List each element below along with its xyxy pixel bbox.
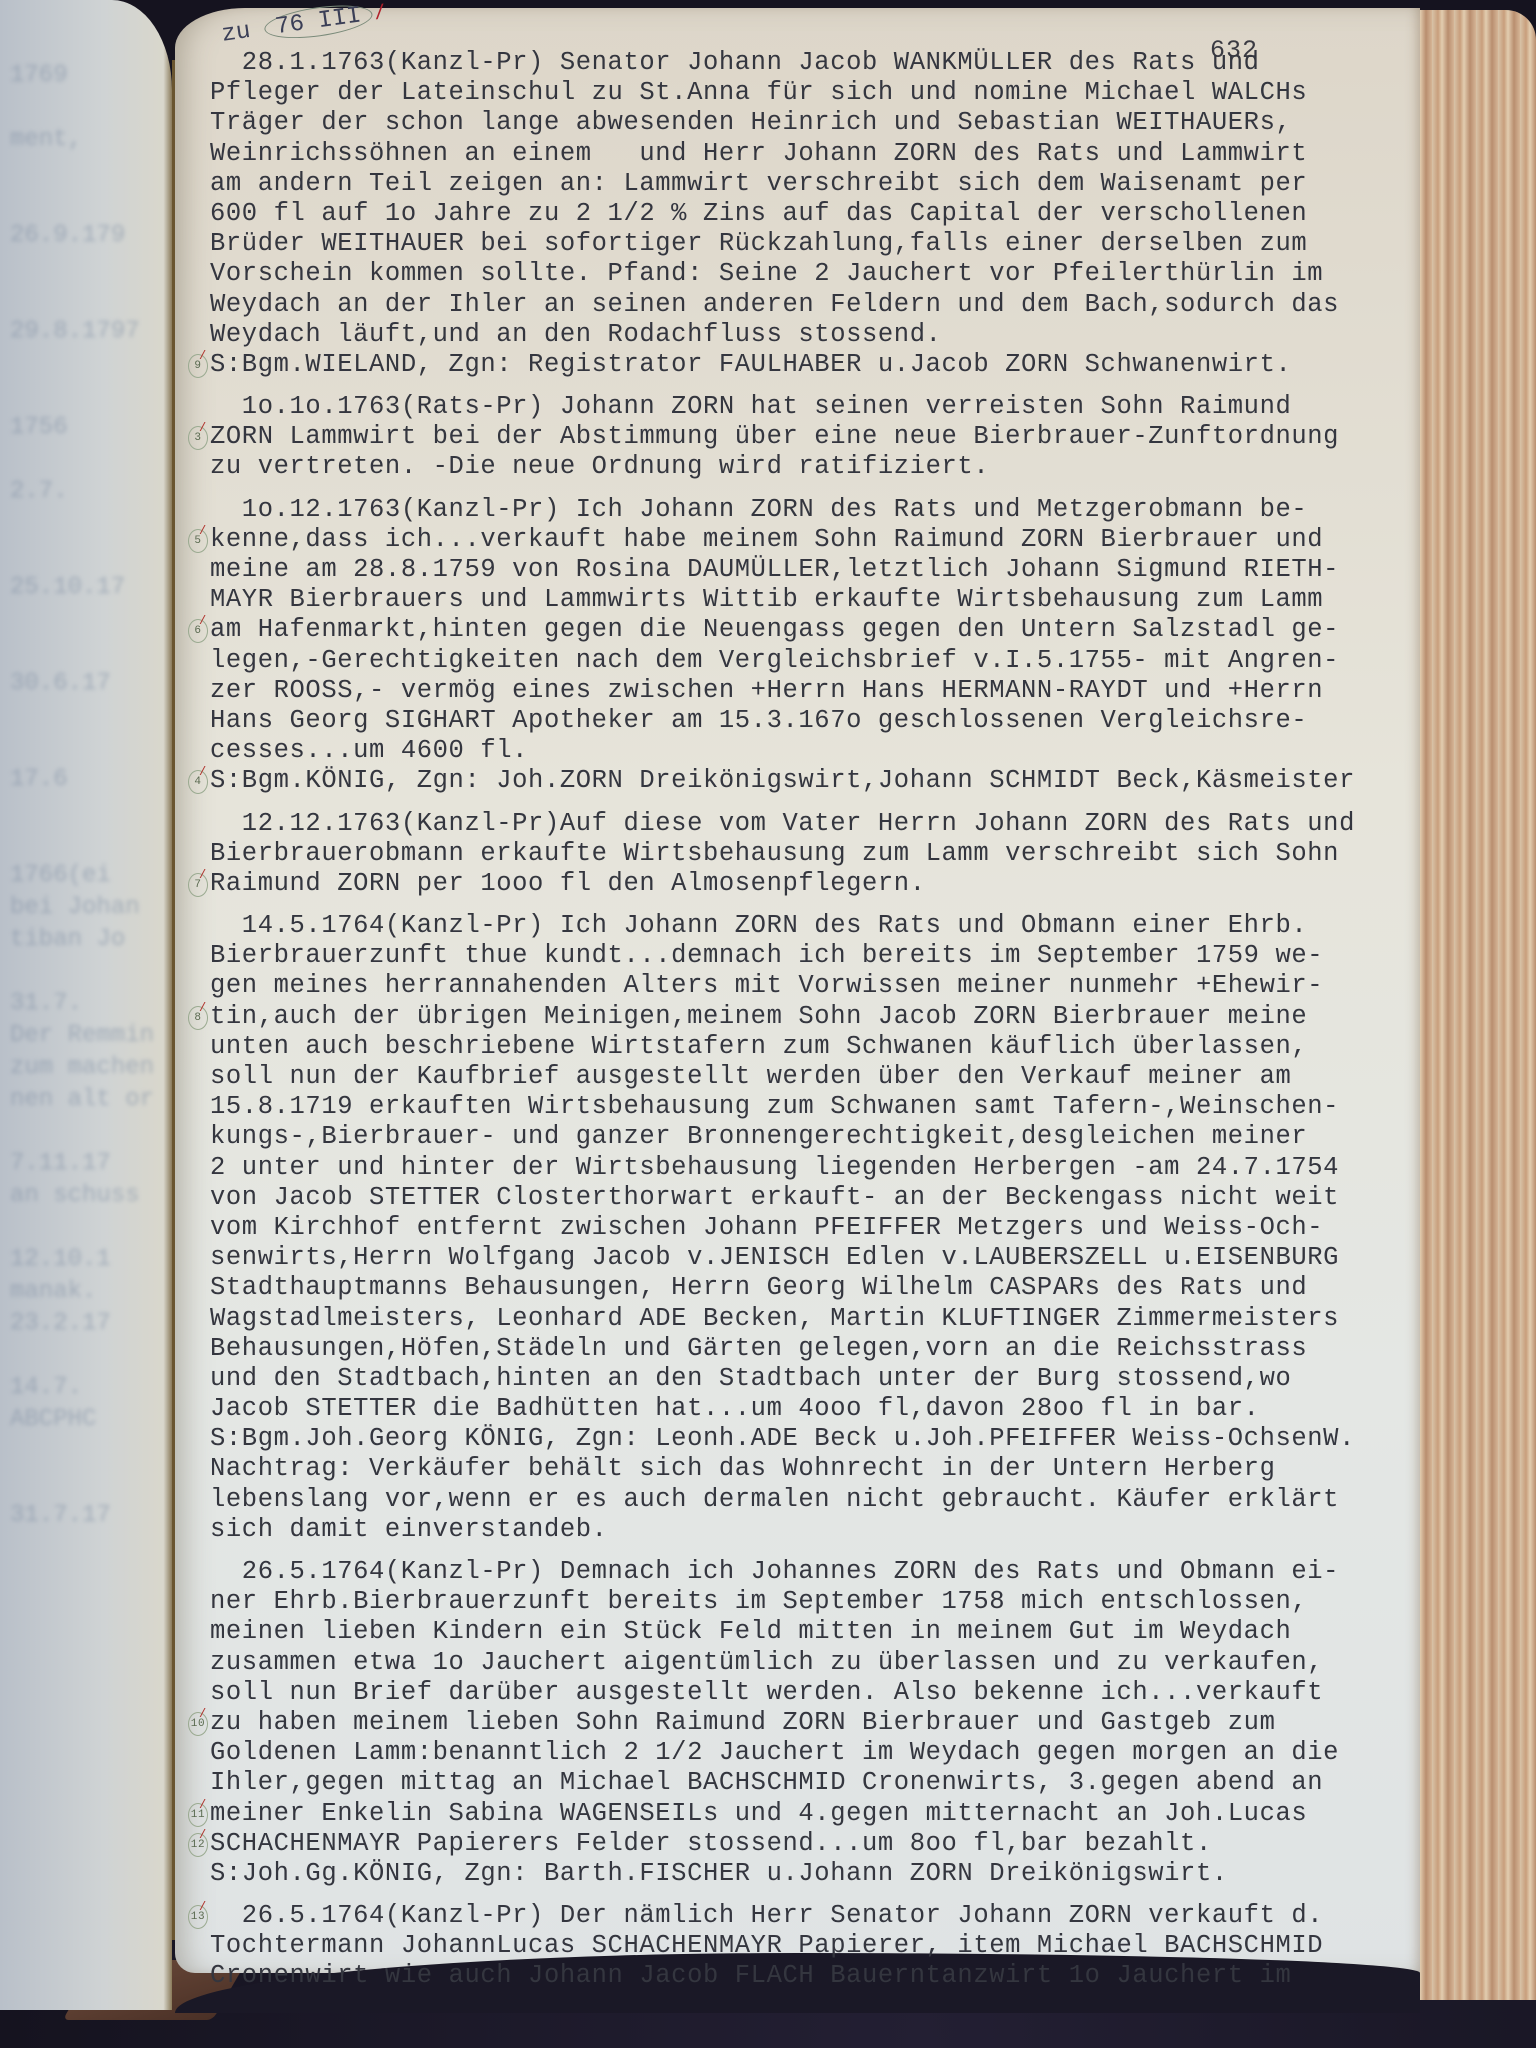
line-text: Wagstadlmeisters, Leonhard ADE Becken, M… xyxy=(210,1304,1339,1333)
text-line: 1o.12.1763(Kanzl-Pr) Ich Johann ZORN des… xyxy=(210,495,1410,525)
text-line: Vorschein kommen sollte. Pfand: Seine 2 … xyxy=(210,259,1410,289)
line-text: meinen lieben Kindern ein Stück Feld mit… xyxy=(210,1617,1291,1646)
line-text: vom Kirchhof entfernt zwischen Johann PF… xyxy=(210,1213,1323,1242)
text-line: Wagstadlmeisters, Leonhard ADE Becken, M… xyxy=(210,1304,1410,1334)
line-text: S:Bgm.KÖNIG, Zgn: Joh.ZORN Dreikönigswir… xyxy=(210,766,1355,795)
text-line: 28.1.1763(Kanzl-Pr) Senator Johann Jacob… xyxy=(210,48,1410,78)
line-text: Ihler,gegen mittag an Michael BACHSCHMID… xyxy=(210,1768,1323,1797)
line-text: senwirts,Herrn Wolfgang Jacob v.JENISCH … xyxy=(210,1243,1339,1272)
text-line: legen,-Gerechtigkeiten nach dem Vergleic… xyxy=(210,646,1410,676)
text-line: kungs-,Bierbrauer- und ganzer Bronnenger… xyxy=(210,1122,1410,1152)
line-text: Weydach an der Ihler an seinen anderen F… xyxy=(210,290,1339,319)
line-text: 2 unter und hinter der Wirtsbehausung li… xyxy=(210,1153,1339,1182)
text-line: Nachtrag: Verkäufer behält sich das Wohn… xyxy=(210,1454,1410,1484)
line-text: zu haben meinem lieben Sohn Raimund ZORN… xyxy=(210,1708,1275,1737)
line-text: meine am 28.8.1759 von Rosina DAUMÜLLER,… xyxy=(210,555,1339,584)
line-text: am andern Teil zeigen an: Lammwirt versc… xyxy=(210,169,1307,198)
text-line: 26.5.1764(Kanzl-Pr) Demnach ich Johannes… xyxy=(210,1557,1410,1587)
line-text: Weinrichssöhnen an einem und Herr Johann… xyxy=(210,139,1307,168)
text-line: und den Stadtbach,hinten an den Stadtbac… xyxy=(210,1364,1410,1394)
left-page-bleed-text: 1769 ment, 26.9.179 29.8.1797 1756 2.7. … xyxy=(10,60,150,1532)
paragraph-gap xyxy=(210,483,1410,495)
line-text: cesses...um 4600 fl. xyxy=(210,736,528,765)
line-text: zer ROOSS,- vermög eines zwischen +Herrn… xyxy=(210,676,1323,705)
line-text: S:Bgm.Joh.Georg KÖNIG, Zgn: Leonh.ADE Be… xyxy=(210,1424,1355,1453)
line-text: soll nun Brief darüber ausgestellt werde… xyxy=(210,1678,1323,1707)
line-text: Raimund ZORN per 1ooo fl den Almosenpfle… xyxy=(210,869,926,898)
paragraph-gap xyxy=(210,1545,1410,1557)
line-text: zu vertreten. -Die neue Ordnung wird rat… xyxy=(210,452,989,481)
text-line: Weydach an der Ihler an seinen anderen F… xyxy=(210,290,1410,320)
line-text: gen meines herrannahenden Alters mit Vor… xyxy=(210,971,1323,1000)
text-line: Cronenwirt wie auch Johann Jacob FLACH B… xyxy=(210,1961,1410,1991)
text-line: meiner Enkelin Sabina WAGENSEILs und 4.g… xyxy=(210,1799,1410,1829)
text-line: MAYR Bierbrauers und Lammwirts Wittib er… xyxy=(210,585,1410,615)
text-line: 15.8.1719 erkauften Wirtsbehausung zum S… xyxy=(210,1092,1410,1122)
line-text: Nachtrag: Verkäufer behält sich das Wohn… xyxy=(210,1454,1275,1483)
line-text: 26.5.1764(Kanzl-Pr) Demnach ich Johannes… xyxy=(210,1557,1339,1586)
text-line: cesses...um 4600 fl. xyxy=(210,736,1410,766)
line-text: Stadthauptmanns Behausungen, Herrn Georg… xyxy=(210,1273,1307,1302)
margin-annotation-icon: 12/ xyxy=(188,1833,208,1857)
text-line: sich damit einverstandeb. xyxy=(210,1515,1410,1545)
margin-annotation-icon: 5/ xyxy=(188,529,208,553)
line-text: ner Ehrb.Bierbrauerzunft bereits im Sept… xyxy=(210,1587,1307,1616)
text-line: zu vertreten. -Die neue Ordnung wird rat… xyxy=(210,452,1410,482)
line-text: Vorschein kommen sollte. Pfand: Seine 2 … xyxy=(210,259,1323,288)
line-text: Brüder WEITHAUER bei sofortiger Rückzahl… xyxy=(210,229,1307,258)
line-text: soll nun der Kaufbrief ausgestellt werde… xyxy=(210,1062,1291,1091)
text-line: lebenslang vor,wenn er es auch dermalen … xyxy=(210,1485,1410,1515)
line-text: von Jacob STETTER Closterthorwart erkauf… xyxy=(210,1183,1339,1212)
line-text: kenne,dass ich...verkauft habe meinem So… xyxy=(210,525,1323,554)
text-line: Brüder WEITHAUER bei sofortiger Rückzahl… xyxy=(210,229,1410,259)
text-line: unten auch beschriebene Wirtstafern zum … xyxy=(210,1032,1410,1062)
text-line: senwirts,Herrn Wolfgang Jacob v.JENISCH … xyxy=(210,1243,1410,1273)
line-text: lebenslang vor,wenn er es auch dermalen … xyxy=(210,1485,1339,1514)
text-line: Tochtermann JohannLucas SCHACHENMAYR Pap… xyxy=(210,1931,1410,1961)
text-line: S:Joh.Gg.KÖNIG, Zgn: Barth.FISCHER u.Joh… xyxy=(210,1859,1410,1889)
text-line: kenne,dass ich...verkauft habe meinem So… xyxy=(210,525,1410,555)
margin-annotation-icon: 13/ xyxy=(188,1905,208,1929)
line-text: Hans Georg SIGHART Apotheker am 15.3.167… xyxy=(210,706,1307,735)
line-text: meiner Enkelin Sabina WAGENSEILs und 4.g… xyxy=(210,1799,1307,1828)
text-line: Stadthauptmanns Behausungen, Herrn Georg… xyxy=(210,1273,1410,1303)
text-line: Pfleger der Lateinschul zu St.Anna für s… xyxy=(210,78,1410,108)
line-text: MAYR Bierbrauers und Lammwirts Wittib er… xyxy=(210,585,1323,614)
text-line: Goldenen Lamm:benanntlich 2 1/2 Jauchert… xyxy=(210,1738,1410,1768)
text-line: ZORN Lammwirt bei der Abstimmung über ei… xyxy=(210,422,1410,452)
text-line: Hans Georg SIGHART Apotheker am 15.3.167… xyxy=(210,706,1410,736)
text-line: 2 unter und hinter der Wirtsbehausung li… xyxy=(210,1153,1410,1183)
text-line: 12.12.1763(Kanzl-Pr)Auf diese vom Vater … xyxy=(210,809,1410,839)
line-text: am Hafenmarkt,hinten gegen die Neuengass… xyxy=(210,615,1339,644)
text-line: gen meines herrannahenden Alters mit Vor… xyxy=(210,971,1410,1001)
reference-prefix: zu xyxy=(220,18,252,49)
text-line: 1o.1o.1763(Rats-Pr) Johann ZORN hat sein… xyxy=(210,392,1410,422)
paragraph-gap xyxy=(210,797,1410,809)
text-line: Bierbrauerobmann erkaufte Wirtsbehausung… xyxy=(210,839,1410,869)
paragraph-gap xyxy=(210,899,1410,911)
line-text: 600 fl auf 1o Jahre zu 2 1/2 % Zins auf … xyxy=(210,199,1307,228)
paragraph-gap xyxy=(210,380,1410,392)
line-text: Bierbrauerobmann erkaufte Wirtsbehausung… xyxy=(210,839,1339,868)
text-line: von Jacob STETTER Closterthorwart erkauf… xyxy=(210,1183,1410,1213)
text-line: am Hafenmarkt,hinten gegen die Neuengass… xyxy=(210,615,1410,645)
line-text: unten auch beschriebene Wirtstafern zum … xyxy=(210,1032,1307,1061)
text-line: zu haben meinem lieben Sohn Raimund ZORN… xyxy=(210,1708,1410,1738)
line-text: 28.1.1763(Kanzl-Pr) Senator Johann Jacob… xyxy=(210,48,1260,77)
text-line: Weinrichssöhnen an einem und Herr Johann… xyxy=(210,139,1410,169)
margin-annotation-icon: 7/ xyxy=(188,873,208,897)
typewritten-text: 28.1.1763(Kanzl-Pr) Senator Johann Jacob… xyxy=(210,48,1410,1992)
line-text: 1o.1o.1763(Rats-Pr) Johann ZORN hat sein… xyxy=(210,392,1291,421)
line-text: Weydach läuft,und an den Rodachfluss sto… xyxy=(210,320,942,349)
text-line: soll nun der Kaufbrief ausgestellt werde… xyxy=(210,1062,1410,1092)
text-line: SCHACHENMAYR Papierers Felder stossend..… xyxy=(210,1829,1410,1859)
text-line: Weydach läuft,und an den Rodachfluss sto… xyxy=(210,320,1410,350)
text-line: Träger der schon lange abwesenden Heinri… xyxy=(210,108,1410,138)
page-stack-edge xyxy=(1410,10,1536,2000)
line-text: S:Joh.Gg.KÖNIG, Zgn: Barth.FISCHER u.Joh… xyxy=(210,1859,1228,1888)
line-text: kungs-,Bierbrauer- und ganzer Bronnenger… xyxy=(210,1122,1307,1151)
left-facing-page: 1769 ment, 26.9.179 29.8.1797 1756 2.7. … xyxy=(0,0,172,2010)
line-text: 15.8.1719 erkauften Wirtsbehausung zum S… xyxy=(210,1092,1339,1121)
text-line: zusammen etwa 1o Jauchert aigentümlich z… xyxy=(210,1648,1410,1678)
text-line: 600 fl auf 1o Jahre zu 2 1/2 % Zins auf … xyxy=(210,199,1410,229)
text-line: zer ROOSS,- vermög eines zwischen +Herrn… xyxy=(210,676,1410,706)
line-text: Bierbrauerzunft thue kundt...demnach ich… xyxy=(210,941,1323,970)
line-text: zusammen etwa 1o Jauchert aigentümlich z… xyxy=(210,1648,1323,1677)
line-text: S:Bgm.WIELAND, Zgn: Registrator FAULHABE… xyxy=(210,350,1291,379)
margin-annotation-icon: 10/ xyxy=(188,1712,208,1736)
text-line: vom Kirchhof entfernt zwischen Johann PF… xyxy=(210,1213,1410,1243)
text-line: Bierbrauerzunft thue kundt...demnach ich… xyxy=(210,941,1410,971)
text-line: tin,auch der übrigen Meinigen,meinem Soh… xyxy=(210,1002,1410,1032)
line-text: ZORN Lammwirt bei der Abstimmung über ei… xyxy=(210,422,1339,451)
line-text: tin,auch der übrigen Meinigen,meinem Soh… xyxy=(210,1002,1307,1031)
text-line: meine am 28.8.1759 von Rosina DAUMÜLLER,… xyxy=(210,555,1410,585)
line-text: Tochtermann JohannLucas SCHACHENMAYR Pap… xyxy=(210,1931,1323,1960)
line-text: Cronenwirt wie auch Johann Jacob FLACH B… xyxy=(210,1961,1291,1990)
line-text: und den Stadtbach,hinten an den Stadtbac… xyxy=(210,1364,1291,1393)
text-line: S:Bgm.KÖNIG, Zgn: Joh.ZORN Dreikönigswir… xyxy=(210,766,1410,796)
text-line: am andern Teil zeigen an: Lammwirt versc… xyxy=(210,169,1410,199)
text-line: meinen lieben Kindern ein Stück Feld mit… xyxy=(210,1617,1410,1647)
text-line: Behausungen,Höfen,Städeln und Gärten gel… xyxy=(210,1334,1410,1364)
text-line: Raimund ZORN per 1ooo fl den Almosenpfle… xyxy=(210,869,1410,899)
line-text: SCHACHENMAYR Papierers Felder stossend..… xyxy=(210,1829,1212,1858)
text-line: Ihler,gegen mittag an Michael BACHSCHMID… xyxy=(210,1768,1410,1798)
line-text: Pfleger der Lateinschul zu St.Anna für s… xyxy=(210,78,1307,107)
line-text: 26.5.1764(Kanzl-Pr) Der nämlich Herr Sen… xyxy=(210,1901,1323,1930)
line-text: 12.12.1763(Kanzl-Pr)Auf diese vom Vater … xyxy=(210,809,1355,838)
paragraph-gap xyxy=(210,1889,1410,1901)
margin-annotation-icon: 8/ xyxy=(188,1006,208,1030)
text-line: soll nun Brief darüber ausgestellt werde… xyxy=(210,1678,1410,1708)
line-text: Behausungen,Höfen,Städeln und Gärten gel… xyxy=(210,1334,1307,1363)
line-text: legen,-Gerechtigkeiten nach dem Vergleic… xyxy=(210,646,1339,675)
line-text: 14.5.1764(Kanzl-Pr) Ich Johann ZORN des … xyxy=(210,911,1307,940)
text-line: Jacob STETTER die Badhütten hat...um 4oo… xyxy=(210,1394,1410,1424)
line-text: sich damit einverstandeb. xyxy=(210,1515,608,1544)
line-text: Träger der schon lange abwesenden Heinri… xyxy=(210,108,1291,137)
text-line: S:Bgm.WIELAND, Zgn: Registrator FAULHABE… xyxy=(210,350,1410,380)
line-text: Jacob STETTER die Badhütten hat...um 4oo… xyxy=(210,1394,1260,1423)
text-line: 26.5.1764(Kanzl-Pr) Der nämlich Herr Sen… xyxy=(210,1901,1410,1931)
line-text: Goldenen Lamm:benanntlich 2 1/2 Jauchert… xyxy=(210,1738,1339,1767)
margin-annotation-icon: 9/ xyxy=(188,354,208,378)
line-text: 1o.12.1763(Kanzl-Pr) Ich Johann ZORN des… xyxy=(210,495,1307,524)
text-line: S:Bgm.Joh.Georg KÖNIG, Zgn: Leonh.ADE Be… xyxy=(210,1424,1410,1454)
text-line: ner Ehrb.Bierbrauerzunft bereits im Sept… xyxy=(210,1587,1410,1617)
text-line: 14.5.1764(Kanzl-Pr) Ich Johann ZORN des … xyxy=(210,911,1410,941)
